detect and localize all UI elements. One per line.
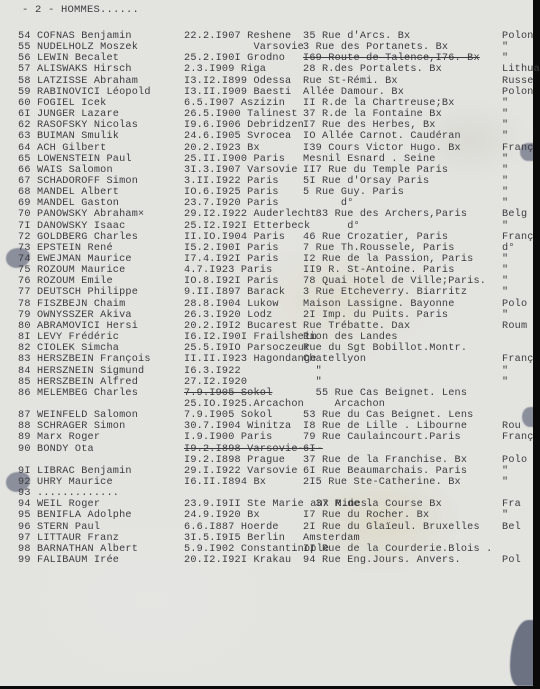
nationality: " <box>502 154 508 165</box>
address: 46 Rue Crozatier, Paris <box>303 232 448 243</box>
address: 78 Quai Hotel de Ville;Paris. <box>303 276 486 287</box>
person-name: OWNYSSZER Akiva <box>37 310 132 321</box>
nationality: Polo <box>502 299 527 310</box>
person-name: LOWENSTEIN Paul <box>37 154 132 165</box>
list-item: 67SCHADOROFF Simon3.II.I922 Paris5I Rue … <box>0 176 540 187</box>
person-name: DANOWSKY Isaac <box>37 221 125 232</box>
list-item: 73EPSTEIN RenéI5.2.I90I Paris7 Rue Th.Ro… <box>0 243 540 254</box>
list-item: 74EWEJMAN MauriceI7.4.I92I ParisI2 Rue d… <box>0 254 540 265</box>
birth-date-place: 29.I.I922 Varsovie <box>184 466 298 477</box>
address: " <box>303 377 322 388</box>
nationality: " <box>502 198 508 209</box>
list-item: 94WEIL Roger23.9.I9II Ste Marie aux Mine… <box>0 499 540 510</box>
birth-date-place: I7.4.I92I Paris <box>184 254 279 265</box>
nationality: Russe <box>502 76 534 87</box>
birth-date-place: II.IO.I904 Paris <box>184 232 285 243</box>
person-name: ROZOUM Emile <box>37 276 113 287</box>
entry-number: 83 <box>18 354 31 365</box>
person-name: LEVY Frédéric <box>37 332 119 343</box>
person-name: ............. <box>37 488 119 499</box>
list-item: 72GOLDBERG CharlesII.IO.I904 Paris46 Rue… <box>0 232 540 243</box>
person-name: MANDEL Albert <box>37 187 119 198</box>
list-item: 54COFNAS Benjamin22.2.I907 Reshene35 Rue… <box>0 31 540 42</box>
birth-date-place: I9.2.I898 Prague <box>184 455 285 466</box>
address: d° <box>303 198 354 209</box>
birth-date-place: 6.5.I907 Aszizin <box>184 98 285 109</box>
birth-date-place: I6.I2.I90I Frailsheim <box>184 332 317 343</box>
list-item: 59RABINOVICI LéopoldI3.II.I909 BaestiAll… <box>0 87 540 98</box>
typewritten-list: - 2 - HOMMES...... 54COFNAS Benjamin22.2… <box>0 0 540 689</box>
person-name: MELEMBEG Charles <box>37 388 138 399</box>
person-name: LITTAUR Franz <box>37 533 119 544</box>
birth-date-place: 7.9.I905 Sokol <box>184 410 272 421</box>
entry-number: 82 <box>18 343 31 354</box>
person-name: DEUTSCH Philippe <box>37 287 138 298</box>
birth-date-place: 25.5.I9IO Parsoczeur <box>184 343 310 354</box>
person-name: SCHRAGER Simon <box>37 421 125 432</box>
address: Maison Lassigne. Bayonne <box>303 299 455 310</box>
nationality: " <box>502 98 508 109</box>
address: d° <box>303 221 360 232</box>
list-item: 60FOGIEL Icek6.5.I907 AszizinII R.de la … <box>0 98 540 109</box>
person-name: HERSZBEIN François <box>37 354 151 365</box>
address: Rue du Sgt Bobillot.Montr. <box>303 343 467 354</box>
person-name: FISZBEJN Chaim <box>37 299 125 310</box>
list-item: 63BUIMAN Smulik24.6.I905 SvroceaIO Allée… <box>0 131 540 142</box>
birth-date-place: I3.I2.I899 Odessa <box>184 76 291 87</box>
entry-number: 56 <box>18 53 31 64</box>
nationality: " <box>502 276 508 287</box>
birth-date-place: 20.2.I9I2 Bucarest <box>184 321 298 332</box>
list-item: 86MELEMBEG Charles7.9.I905 Sokol 55 Rue … <box>0 388 540 399</box>
birth-date-place: 7.9.I905 Sokol <box>184 388 272 399</box>
birth-date-place: 29.I2.I922 Auderlecht <box>184 209 317 220</box>
list-item: 57ALISWAKS Hirsch2.3.I909 Riga28 R.des P… <box>0 64 540 75</box>
entry-number: 64 <box>18 143 31 154</box>
birth-date-place: 25.I2.I92I Etterbeck <box>184 221 310 232</box>
address: Amsterdam <box>303 533 360 544</box>
birth-date-place: 3.II.I922 Paris <box>184 176 279 187</box>
nationality: " <box>502 53 508 64</box>
address: Chatellyon <box>303 354 366 365</box>
person-name: EPSTEIN René <box>37 243 113 254</box>
person-name: LIBRAC Benjamin <box>37 466 132 477</box>
birth-date-place: 28.8.I904 Lukow <box>184 299 279 310</box>
list-item: I9.2.I898 Prague37 Rue de la Franchise. … <box>0 455 540 466</box>
list-item: 77DEUTSCH Philippe9.II.I897 Barack3 Rue … <box>0 287 540 298</box>
entry-number: 98 <box>18 544 31 555</box>
person-name: ABRAMOVICI Hersi <box>37 321 138 332</box>
list-item: 68MANDEL AlbertIO.6.I925 Paris5 Rue Guy.… <box>0 187 540 198</box>
person-name: PANOWSKY Abraham× <box>37 209 144 220</box>
nationality: " <box>502 366 508 377</box>
list-item: 88SCHRAGER Simon30.7.I904 WinitzaI8 Rue … <box>0 421 540 432</box>
entry-number: 62 <box>18 120 31 131</box>
address: " <box>303 366 322 377</box>
list-item: 84HERSZNEIN SigmundI6.3.I922 "" <box>0 366 540 377</box>
birth-date-place: 26.3.I920 Lodz <box>184 310 272 321</box>
person-name: WEINFELD Salomon <box>37 410 138 421</box>
list-item: 78FISZBEJN Chaim28.8.I904 LukowMaison La… <box>0 299 540 310</box>
entry-number: 70 <box>18 209 31 220</box>
entry-number: 7I <box>18 221 31 232</box>
person-name: CIOLEK Simcha <box>37 343 119 354</box>
address: II7 Rue du Temple Paris <box>303 165 448 176</box>
list-item: 8ILEVY FrédéricI6.I2.I90I FrailsheimRion… <box>0 332 540 343</box>
nationality: Pol <box>502 555 521 566</box>
nationality: " <box>502 254 508 265</box>
person-name: JUNGER Lazare <box>37 109 119 120</box>
nationality: " <box>502 187 508 198</box>
birth-date-place: 3I.5.I9I5 Berlin <box>184 533 285 544</box>
entry-number: 67 <box>18 176 31 187</box>
address: 2I5 Rue Ste-Catherine. Bx <box>303 477 461 488</box>
list-item: 79OWNYSSZER Akiva26.3.I920 Lodz2I Imp. d… <box>0 310 540 321</box>
list-item: 70PANOWSKY Abraham×29.I2.I922 Auderlecht… <box>0 209 540 220</box>
entry-number: 93 <box>18 488 31 499</box>
address: Rue Trébatte. Dax <box>303 321 410 332</box>
nationality: Franç <box>502 432 534 443</box>
nationality: Polon <box>502 31 534 42</box>
person-name: ALISWAKS Hirsch <box>37 64 132 75</box>
nationality: Franç <box>502 354 534 365</box>
entry-number: 99 <box>18 555 31 566</box>
entry-number: 78 <box>18 299 31 310</box>
list-item: 92UHRY MauriceI6.II.I894 Bx2I5 Rue Ste-C… <box>0 477 540 488</box>
address: 53 Rue du Cas Beignet. Lens <box>303 410 473 421</box>
entry-number: 97 <box>18 533 31 544</box>
entry-number: 68 <box>18 187 31 198</box>
nationality: Franç <box>502 232 534 243</box>
person-name: HERSZNEIN Sigmund <box>37 366 144 377</box>
entry-number: 69 <box>18 198 31 209</box>
entry-number: 86 <box>18 388 31 399</box>
address: 5I Rue d'Orsay Paris <box>303 176 429 187</box>
entry-number: 96 <box>18 522 31 533</box>
nationality: " <box>502 42 508 53</box>
person-name: Marx Roger <box>37 432 100 443</box>
address: 83 Rue des Archers,Paris <box>303 209 467 220</box>
nationality: " <box>502 176 508 187</box>
list-item: 95BENIFLA Adolphe24.9.I920 BxI7 Rue du R… <box>0 510 540 521</box>
address: 37 Rue de la Franchise. Bx <box>303 455 467 466</box>
list-item: 7IDANOWSKY Isaac25.I2.I92I Etterbeck d°" <box>0 221 540 232</box>
nationality: Belg <box>502 209 527 220</box>
person-name: ROZOUM Maurice <box>37 265 125 276</box>
entry-number: 58 <box>18 76 31 87</box>
address: II R.de la Chartreuse;Bx <box>303 98 455 109</box>
address: 6I <box>303 444 316 455</box>
person-name: LATZISSE Abraham <box>37 76 138 87</box>
address: 37 R.de la Course Bx <box>303 499 442 510</box>
person-name: MANDEL Gaston <box>37 198 119 209</box>
entry-number: 57 <box>18 64 31 75</box>
list-item: 87WEINFELD Salomon7.9.I905 Sokol53 Rue d… <box>0 410 540 421</box>
list-item: 90BONDY OtaI9.2.I898 Varsovie----6I <box>0 444 540 455</box>
person-name: WEIL Roger <box>37 499 100 510</box>
birth-date-place: 20.I2.I92I Krakau <box>184 555 291 566</box>
list-item: 89Marx RogerI.9.I900 Paris79 Rue Caulain… <box>0 432 540 443</box>
person-name: GOLDBERG Charles <box>37 232 138 243</box>
birth-date-place: IO.6.I925 Paris <box>184 187 279 198</box>
address: 3 Rue des Portanets. Bx <box>303 42 448 53</box>
list-item: 62RASOFSKY NicolasI9.6.I906 DebridzenI7 … <box>0 120 540 131</box>
birth-date-place: 3I.3.I907 Varsovie <box>184 165 298 176</box>
birth-date-place: I9.6.I906 Debridzen <box>184 120 304 131</box>
nationality: Polon <box>502 87 534 98</box>
address: 6I Rue Beaumarchais. Paris <box>303 466 467 477</box>
nationality: Franç <box>502 143 534 154</box>
person-name: BARNATHAN Albert <box>37 544 138 555</box>
address: 37 R.de la Fontaine Bx <box>303 109 442 120</box>
person-name: FALIBAUM Irée <box>37 555 119 566</box>
person-name: BUIMAN Smulik <box>37 131 119 142</box>
list-item: 25.IO.I925.Arcachon Arcachon <box>0 399 540 410</box>
birth-date-place: 9.II.I897 Barack <box>184 287 285 298</box>
nationality: Polo <box>502 455 527 466</box>
entry-number: 89 <box>18 432 31 443</box>
entry-number: 72 <box>18 232 31 243</box>
address: 94 Rue Eng.Jours. Anvers. <box>303 555 461 566</box>
list-item: 75ROZOUM Maurice4.7.I923 ParisII9 R. St-… <box>0 265 540 276</box>
person-name: EWEJMAN Maurice <box>37 254 132 265</box>
person-name: BONDY Ota <box>37 444 94 455</box>
address: Arcachon <box>303 399 385 410</box>
nationality: Lithuan <box>502 64 540 75</box>
address: 2I Imp. du Puits. Paris <box>303 310 448 321</box>
entry-number: 9I <box>18 466 31 477</box>
list-item: 64ACH Gilbert20.2.I923 BxI39 Cours Victo… <box>0 143 540 154</box>
nationality: " <box>502 287 508 298</box>
person-name: RABINOVICI Léopold <box>37 87 151 98</box>
birth-date-place: 2.3.I909 Riga <box>184 64 266 75</box>
address: 35 Rue d'Arcs. Bx <box>303 31 410 42</box>
person-name: COFNAS Benjamin <box>37 31 132 42</box>
birth-date-place: II.II.I923 Hagondange <box>184 354 317 365</box>
person-name: LEWIN Becalet <box>37 53 119 64</box>
address: 7 Rue Th.Roussele, Paris <box>303 243 455 254</box>
entry-number: 77 <box>18 287 31 298</box>
list-item: 82CIOLEK Simcha25.5.I9IO ParsoczeurRue d… <box>0 343 540 354</box>
nationality: d° <box>502 243 515 254</box>
birth-date-place: 6.6.I887 Hoerde <box>184 522 279 533</box>
entry-number: 85 <box>18 377 31 388</box>
address: II Rue de la Courderie.Blois . <box>303 544 492 555</box>
nationality: " <box>502 120 508 131</box>
birth-date-place: 20.2.I923 Bx <box>184 143 260 154</box>
nationality: " <box>502 510 508 521</box>
person-name: NUDELHOLZ Moszek <box>37 42 138 53</box>
nationality: " <box>502 477 508 488</box>
person-name: UHRY Maurice <box>37 477 113 488</box>
list-item: 85HERSZBEIN Alfred27.I2.I920 "" <box>0 377 540 388</box>
birth-date-place: 26.5.I900 Talinest <box>184 109 298 120</box>
birth-date-place: 24.6.I905 Svrocea <box>184 131 291 142</box>
entry-number: 63 <box>18 131 31 142</box>
nationality: " <box>502 221 508 232</box>
person-name: FOGIEL Icek <box>37 98 106 109</box>
entry-number: 65 <box>18 154 31 165</box>
entry-number: 75 <box>18 265 31 276</box>
entry-number: 94 <box>18 499 31 510</box>
entry-number: 66 <box>18 165 31 176</box>
list-item: 69MANDEL Gaston23.7.I920 Paris d°" <box>0 198 540 209</box>
birth-date-place: 25.IO.I925.Arcachon <box>184 399 304 410</box>
nationality: " <box>502 265 508 276</box>
birth-date-place: 24.9.I920 Bx <box>184 510 260 521</box>
entry-number: 79 <box>18 310 31 321</box>
list-item: 66WAIS Salomon3I.3.I907 VarsovieII7 Rue … <box>0 165 540 176</box>
entry-number: 73 <box>18 243 31 254</box>
nationality: " <box>502 109 508 120</box>
list-item: 98BARNATHAN Albert5.9.I902 Constantinopl… <box>0 544 540 555</box>
entry-number: 54 <box>18 31 31 42</box>
address: Allée Damour. Bx <box>303 87 404 98</box>
birth-date-place: 22.2.I907 Reshene <box>184 31 291 42</box>
list-item: 83HERSZBEIN FrançoisII.II.I923 Hagondang… <box>0 354 540 365</box>
list-item: 65LOWENSTEIN Paul25.II.I900 ParisMesnil … <box>0 154 540 165</box>
nationality: " <box>502 165 508 176</box>
birth-date-place: I.9.I900 Paris <box>184 432 272 443</box>
address: 55 Rue Cas Beignet. Lens <box>303 388 467 399</box>
nationality: " <box>502 466 508 477</box>
address: Rue St-Rémi. Bx <box>303 76 398 87</box>
list-item: 9ILIBRAC Benjamin29.I.I922 Varsovie6I Ru… <box>0 466 540 477</box>
address: Rion des Landes <box>303 332 398 343</box>
entry-number: 60 <box>18 98 31 109</box>
address: I7 Rue du Rocher. Bx <box>303 510 429 521</box>
address: Mesnil Esnard . Seine <box>303 154 436 165</box>
entry-number: 59 <box>18 87 31 98</box>
list-item: 58LATZISSE AbrahamI3.I2.I899 OdessaRue S… <box>0 76 540 87</box>
entry-number: 74 <box>18 254 31 265</box>
entry-number: 76 <box>18 276 31 287</box>
entry-number: 90 <box>18 444 31 455</box>
list-item: 80ABRAMOVICI Hersi20.2.I9I2 BucarestRue … <box>0 321 540 332</box>
address: 3 Rue Etcheverry. Biarritz <box>303 287 467 298</box>
person-name: BENIFLA Adolphe <box>37 510 132 521</box>
address: I7 Rue des Herbes, Bx <box>303 120 436 131</box>
address: I39 Cours Victor Hugo. Bx <box>303 143 461 154</box>
birth-date-place: 23.7.I920 Paris <box>184 198 279 209</box>
list-item: 56LEWIN Becalet25.2.I90I GrodnoI69 Route… <box>0 53 540 64</box>
nationality: Fra <box>502 499 521 510</box>
person-name: ACH Gilbert <box>37 143 106 154</box>
entry-number: 80 <box>18 321 31 332</box>
address: IO Allée Carnot. Caudéran <box>303 131 461 142</box>
nationality: " <box>502 310 508 321</box>
address: 2I Rue du Glaïeul. Bruxelles <box>303 522 480 533</box>
nationality: Bel <box>502 522 521 533</box>
nationality: Roum <box>502 321 527 332</box>
address: 79 Rue Caulaincourt.Paris <box>303 432 461 443</box>
birth-date-place: 25.2.I90I Grodno <box>184 53 285 64</box>
list-item: 99FALIBAUM Irée20.I2.I92I Krakau94 Rue E… <box>0 555 540 566</box>
address: II9 R. St-Antoine. Paris <box>303 265 455 276</box>
person-name: HERSZBEIN Alfred <box>37 377 138 388</box>
list-item: 76ROZOUM EmileIO.8.I92I Paris78 Quai Hot… <box>0 276 540 287</box>
list-item: 55NUDELHOLZ Moszek Varsovie3 Rue des Por… <box>0 42 540 53</box>
list-item: 93............. <box>0 488 540 499</box>
entry-number: 95 <box>18 510 31 521</box>
birth-date-place: I3.II.I909 Baesti <box>184 87 291 98</box>
nationality: Rou <box>502 421 521 432</box>
list-item: 97LITTAUR Franz3I.5.I9I5 BerlinAmsterdam <box>0 533 540 544</box>
person-name: STERN Paul <box>37 522 100 533</box>
address: 28 R.des Portalets. Bx <box>303 64 442 75</box>
birth-date-place: 30.7.I904 Winitza <box>184 421 291 432</box>
address: I2 Rue de la Passion, Paris <box>303 254 473 265</box>
address: 5 Rue Guy. Paris <box>303 187 404 198</box>
person-name: RASOFSKY Nicolas <box>37 120 138 131</box>
entry-number: 88 <box>18 421 31 432</box>
birth-date-place: I6.II.I894 Bx <box>184 477 266 488</box>
page-header: - 2 - HOMMES...... <box>22 4 139 16</box>
address: I69 Route de Talence,I76. Bx <box>303 53 480 64</box>
birth-date-place: I5.2.I90I Paris <box>184 243 279 254</box>
entry-number: 87 <box>18 410 31 421</box>
birth-date-place: 25.II.I900 Paris <box>184 154 285 165</box>
list-item: 6IJUNGER Lazare26.5.I900 Talinest37 R.de… <box>0 109 540 120</box>
nationality: " <box>502 377 508 388</box>
address: I8 Rue de Lille . Libourne <box>303 421 467 432</box>
person-name: SCHADOROFF Simon <box>37 176 138 187</box>
birth-date-place: 27.I2.I920 <box>184 377 247 388</box>
entry-number: 8I <box>18 332 31 343</box>
entry-number: 55 <box>18 42 31 53</box>
list-item: 96STERN Paul6.6.I887 Hoerde2I Rue du Gla… <box>0 522 540 533</box>
entry-number: 6I <box>18 109 31 120</box>
birth-date-place: IO.8.I92I Paris <box>184 276 279 287</box>
entry-number: 84 <box>18 366 31 377</box>
birth-date-place: 4.7.I923 Paris <box>184 265 272 276</box>
entry-number: 92 <box>18 477 31 488</box>
birth-date-place: Varsovie <box>184 42 304 53</box>
birth-date-place: I6.3.I922 <box>184 366 241 377</box>
person-name: WAIS Salomon <box>37 165 113 176</box>
nationality: " <box>502 131 508 142</box>
